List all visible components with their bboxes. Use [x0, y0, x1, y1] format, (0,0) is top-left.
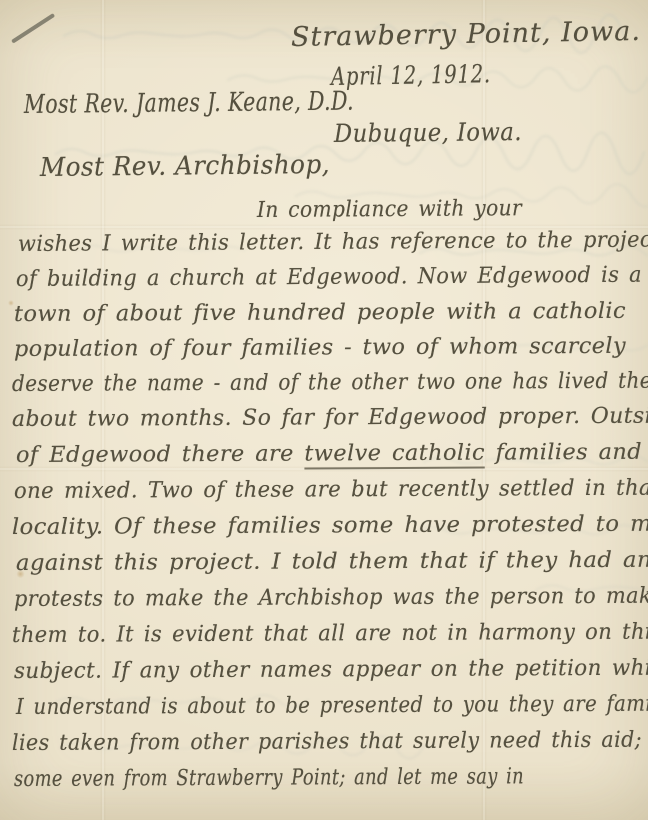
recipient-city-line: Dubuque, Iowa. [334, 117, 522, 148]
recipient-name-line: Most Rev. James J. Keane, D.D. [24, 87, 354, 120]
body-line: wishes I write this letter. It has refer… [18, 228, 648, 257]
body-line-text: of Edgewood there are [16, 441, 305, 468]
body-line: deserve the name - and of the other two … [12, 369, 648, 397]
handwriting-layer: Strawberry Point, Iowa. April 12, 1912. … [0, 0, 648, 820]
date-line: April 12, 1912. [331, 59, 491, 91]
body-line: against this project. I told them that i… [16, 548, 648, 576]
body-line: about two months. So far for Edgewood pr… [12, 404, 648, 432]
salutation-line: Most Rev. Archbishop, [40, 150, 330, 183]
body-line: locality. Of these families some have pr… [12, 512, 648, 540]
body-line: lies taken from other parishes that sure… [12, 728, 642, 756]
body-line: In compliance with your [257, 196, 522, 223]
body-line: one mixed. Two of these are but recently… [14, 476, 648, 504]
body-line: subject. If any other names appear on th… [14, 656, 648, 684]
body-line: them to. It is evident that all are not … [12, 620, 648, 648]
letter-page: Strawberry Point, Iowa. April 12, 1912. … [0, 0, 648, 820]
body-line-text: families and [485, 440, 642, 466]
place-line: Strawberry Point, Iowa. [291, 16, 641, 53]
body-line: some even from Strawberry Point; and let… [14, 764, 524, 792]
body-line: of Edgewood there are twelve catholic fa… [16, 440, 642, 468]
body-line: town of about five hundred people with a… [14, 299, 626, 327]
body-line: population of four families - two of who… [14, 334, 626, 362]
body-line: I understand is about to be presented to… [16, 692, 648, 720]
body-line: of building a church at Edgewood. Now Ed… [16, 263, 642, 292]
body-line: protests to make the Archbishop was the … [14, 584, 648, 612]
underlined-phrase: twelve catholic [304, 441, 485, 470]
